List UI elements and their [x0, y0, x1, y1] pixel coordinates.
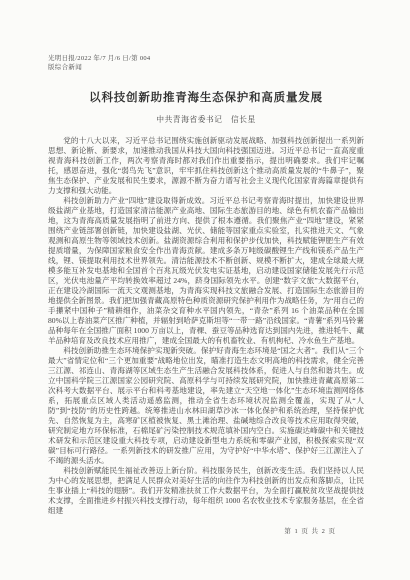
paragraph-4: 科技创新赋能民生福祉改善迈上新台阶。科技服务民生，创新改变生活。我们坚持以人民为… [48, 466, 364, 516]
article-title: 以科技创新助推青海生态保护和高质量发展 [48, 89, 364, 105]
article-body: 党的十八大以来，习近平总书记围绕实施创新驱动发展战略、加强科技创新提出一系列新思… [48, 136, 364, 516]
section-line: 版综合新闻 [48, 63, 364, 72]
paragraph-3: 科技创新助推生态环境保护实现新突破。保护好青海生态环境是“国之大者”。我们从“三… [48, 346, 364, 466]
paragraph-2: 科技创新助力产业“四地”建设取得新成效。习近平总书记考察青海时提出，加快建设世界… [48, 196, 364, 346]
newspaper-page: 光明日报/2022 年/7 月/6 日/第 004 版综合新闻 以科技创新助推青… [0, 0, 410, 580]
paragraph-1: 党的十八大以来，习近平总书记围绕实施创新驱动发展战略、加强科技创新提出一系列新思… [48, 136, 364, 196]
article-byline: 中共青海省委书记 信长星 [48, 114, 364, 125]
source-date-line: 光明日报/2022 年/7 月/6 日/第 004 [48, 54, 364, 63]
page-indicator: 第 1 页 共 2 页 [48, 526, 364, 535]
masthead: 光明日报/2022 年/7 月/6 日/第 004 版综合新闻 [48, 54, 364, 72]
